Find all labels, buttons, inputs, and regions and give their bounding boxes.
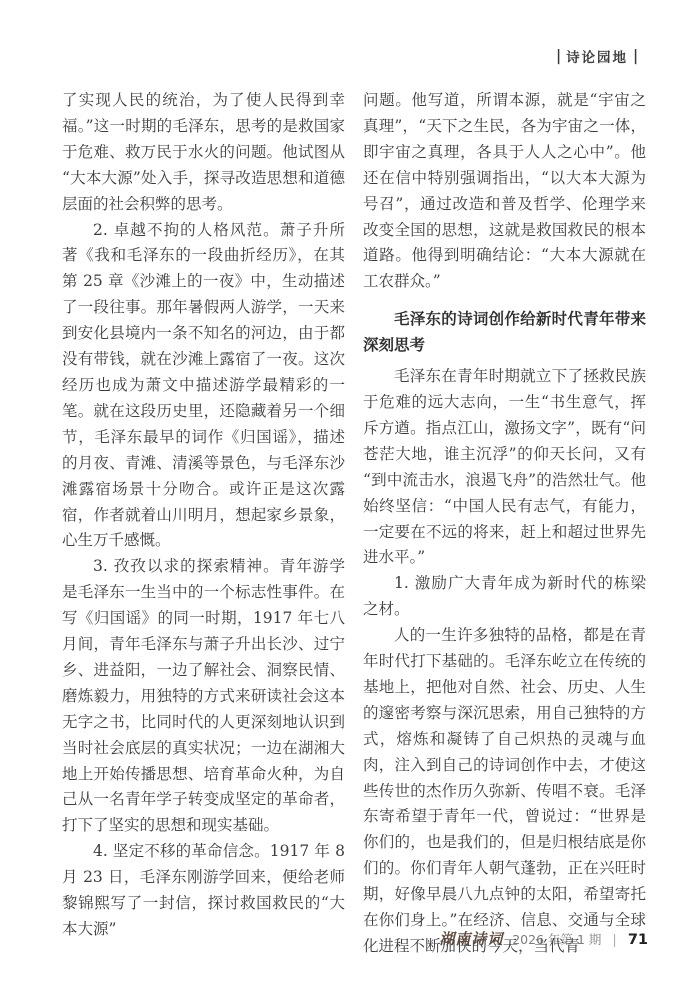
section-header: | 诗论园地 | [551, 46, 643, 66]
issue-info: 2026 年第 1 期 [512, 930, 601, 948]
paragraph: 4. 坚定不移的革命信念。1917 年 8 月 23 日，毛泽东刚游学回来，便给… [62, 839, 345, 943]
paragraph: 2. 卓越不拘的人格风范。萧子升所著《我和毛泽东的一段曲折经历》，在其第 25 … [62, 218, 345, 555]
text-columns: 了实现人民的统治，为了使人民得到幸福。”这一时期的毛泽东，思考的是救国家于危难、… [62, 88, 646, 960]
footer-divider: | [610, 933, 618, 948]
paragraph: 3. 孜孜以求的探索精神。青年游学是毛泽东一生当中的一个标志性事件。在写《归国谣… [62, 554, 345, 839]
paragraph: 1. 激励广大青年成为新时代的栋梁之材。 [363, 571, 646, 623]
right-column: 问题。他写道，所谓本源，就是“宇宙之真理”，“天下之生民，各为宇宙之一体，即宇宙… [363, 88, 646, 960]
paragraph: 人的一生许多独特的品格，都是在青年时代打下基础的。毛泽东屹立在传统的基地上，把他… [363, 623, 646, 960]
section-subheading: 毛泽东的诗词创作给新时代青年带来深刻思考 [363, 307, 646, 359]
header-right-bar: | [633, 47, 638, 65]
journal-page: | 诗论园地 | 了实现人民的统治，为了使人民得到幸福。”这一时期的毛泽东，思考… [0, 0, 700, 989]
paragraph: 毛泽东在青年时期就立下了拯救民族于危难的远大志向，一生“书生意气，挥斥方遒。指点… [363, 364, 646, 571]
page-footer: 湖南诗词 2026 年第 1 期 | 71 [439, 928, 648, 949]
header-left-bar: | [556, 47, 561, 65]
section-label: 诗论园地 [566, 46, 628, 66]
journal-name: 湖南诗词 [439, 928, 503, 949]
page-number: 71 [628, 932, 648, 948]
paragraph: 问题。他写道，所谓本源，就是“宇宙之真理”，“天下之生民，各为宇宙之一体，即宇宙… [363, 88, 646, 295]
left-column: 了实现人民的统治，为了使人民得到幸福。”这一时期的毛泽东，思考的是救国家于危难、… [62, 88, 345, 960]
paragraph: 了实现人民的统治，为了使人民得到幸福。”这一时期的毛泽东，思考的是救国家于危难、… [62, 88, 345, 218]
